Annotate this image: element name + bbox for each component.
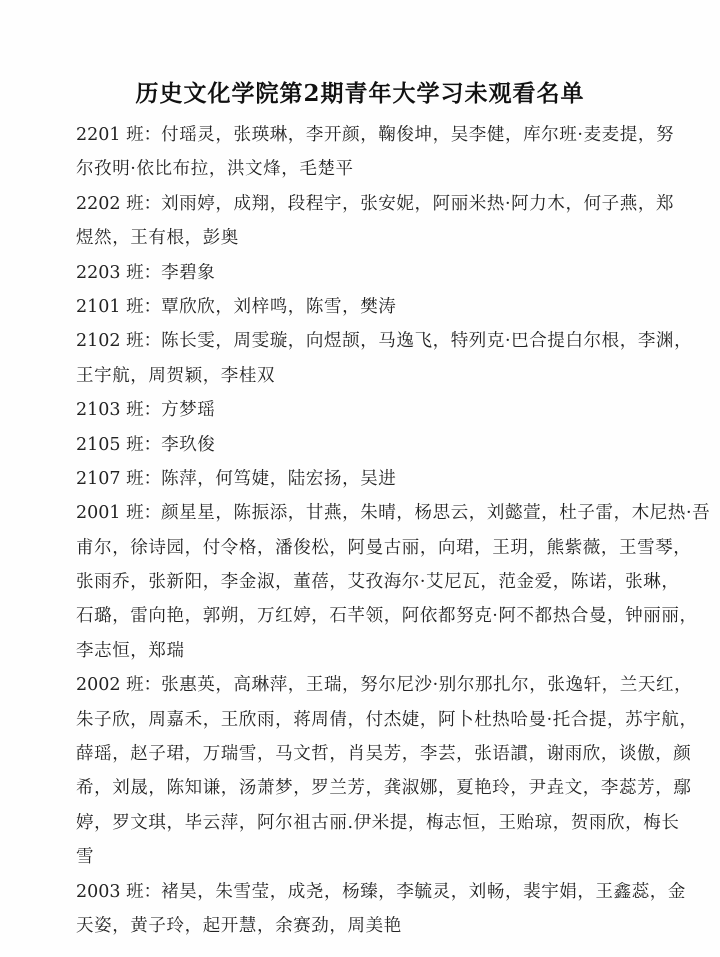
section-2201-line-2: 尔孜明·依比布拉，洪文烽，毛楚平 xyxy=(76,152,656,186)
names-text: 李玖俊 xyxy=(161,435,215,455)
document-title: 历史文化学院第2期青年大学习未观看名单 xyxy=(0,78,720,110)
section-2002-line-5: 婷，罗文琪，毕云萍，阿尔祖古丽.伊米提，梅志恒，王贻琼，贺雨欣，梅长 xyxy=(76,806,656,840)
section-2102-line-2: 王宇航，周贺颖，李桂双 xyxy=(76,359,656,393)
section-2102-line-1: 2102 班：陈长雯，周雯璇，向煜颉，马逸飞，特列克·巴合提白尔根，李渊， xyxy=(76,324,656,358)
section-2001-line-1: 2001 班：颜星星，陈振添，甘燕，朱晴，杨思云，刘懿萱，杜子雷，木尼热·吾 xyxy=(76,496,656,530)
names-text: 陈萍，何笃婕，陆宏扬，吴进 xyxy=(161,469,396,489)
names-text: 陈长雯，周雯璇，向煜颉，马逸飞，特列克·巴合提白尔根，李渊， xyxy=(161,331,692,351)
class-label: 2203 班： xyxy=(76,263,161,283)
section-2003-line-2: 天姿，黄子玲，起开慧，余赛劲，周美艳 xyxy=(76,909,656,943)
section-2002-line-4: 希，刘晟，陈知谦，汤萧梦，罗兰芳，龚淑娜，夏艳玲，尹垚文，李蕊芳，鄢 xyxy=(76,771,656,805)
section-2107-line-1: 2107 班：陈萍，何笃婕，陆宏扬，吴进 xyxy=(76,462,656,496)
document-page: 历史文化学院第2期青年大学习未观看名单 2201 班：付瑶灵，张瑛琳，李开颜，鞠… xyxy=(0,0,720,957)
class-label: 2201 班： xyxy=(76,125,161,145)
class-label: 2107 班： xyxy=(76,469,161,489)
class-label: 2103 班： xyxy=(76,400,161,420)
class-label: 2202 班： xyxy=(76,194,161,214)
section-2201-line-1: 2201 班：付瑶灵，张瑛琳，李开颜，鞠俊坤，吴李健，库尔班·麦麦提，努 xyxy=(76,118,656,152)
section-2002-line-2: 朱子欣，周嘉禾，王欣雨，蒋周倩，付杰婕，阿卜杜热哈曼·托合提，苏宇航， xyxy=(76,703,656,737)
names-text: 张惠英，高琳萍，王瑞，努尔尼沙·别尔那扎尔，张逸轩，兰天红， xyxy=(161,675,692,695)
names-text: 付瑶灵，张瑛琳，李开颜，鞠俊坤，吴李健，库尔班·麦麦提，努 xyxy=(161,125,674,145)
names-text: 刘雨婷，成翔，段程宇，张安妮，阿丽米热·阿力木，何子燕，郑 xyxy=(161,194,674,214)
section-2001-line-3: 张雨乔，张新阳，李金淑，董蓓，艾孜海尔·艾尼瓦，范金爱，陈诺，张琳， xyxy=(76,565,656,599)
names-text: 李碧象 xyxy=(161,263,215,283)
section-2103-line-1: 2103 班：方梦瑶 xyxy=(76,393,656,427)
class-label: 2002 班： xyxy=(76,675,161,695)
names-text: 褚昊，朱雪莹，成尧，杨臻，李毓灵，刘畅，裴宇娟，王鑫蕊，金 xyxy=(161,882,686,902)
names-text: 覃欣欣，刘梓鸣，陈雪，樊涛 xyxy=(161,297,396,317)
section-2002-line-6: 雪 xyxy=(76,840,656,874)
names-text: 方梦瑶 xyxy=(161,400,215,420)
section-2202-line-2: 煜然，王有根，彭奥 xyxy=(76,221,656,255)
section-2002-line-1: 2002 班：张惠英，高琳萍，王瑞，努尔尼沙·别尔那扎尔，张逸轩，兰天红， xyxy=(76,668,656,702)
section-2001-line-4: 石璐，雷向艳，郭朔，万红婷，石芊领，阿依都努克·阿不都热合曼，钟丽丽， xyxy=(76,599,656,633)
section-2105-line-1: 2105 班：李玖俊 xyxy=(76,428,656,462)
class-label: 2001 班： xyxy=(76,503,161,523)
section-2101-line-1: 2101 班：覃欣欣，刘梓鸣，陈雪，樊涛 xyxy=(76,290,656,324)
class-label: 2105 班： xyxy=(76,435,161,455)
section-2001-line-5: 李志恒，郑瑞 xyxy=(76,634,656,668)
names-text: 颜星星，陈振添，甘燕，朱晴，杨思云，刘懿萱，杜子雷，木尼热·吾 xyxy=(161,503,710,523)
document-body: 2201 班：付瑶灵，张瑛琳，李开颜，鞠俊坤，吴李健，库尔班·麦麦提，努 尔孜明… xyxy=(76,118,656,943)
section-2203-line-1: 2203 班：李碧象 xyxy=(76,256,656,290)
class-label: 2101 班： xyxy=(76,297,161,317)
section-2001-line-2: 甫尔，徐诗园，付令格，潘俊松，阿曼古丽，向珺，王玥，熊紫薇，王雪琴， xyxy=(76,531,656,565)
section-2202-line-1: 2202 班：刘雨婷，成翔，段程宇，张安妮，阿丽米热·阿力木，何子燕，郑 xyxy=(76,187,656,221)
class-label: 2003 班： xyxy=(76,882,161,902)
section-2002-line-3: 薛瑶，赵子珺，万瑞雪，马文哲，肖吴芳，李芸，张语謴，谢雨欣，谈傲，颜 xyxy=(76,737,656,771)
section-2003-line-1: 2003 班：褚昊，朱雪莹，成尧，杨臻，李毓灵，刘畅，裴宇娟，王鑫蕊，金 xyxy=(76,875,656,909)
class-label: 2102 班： xyxy=(76,331,161,351)
